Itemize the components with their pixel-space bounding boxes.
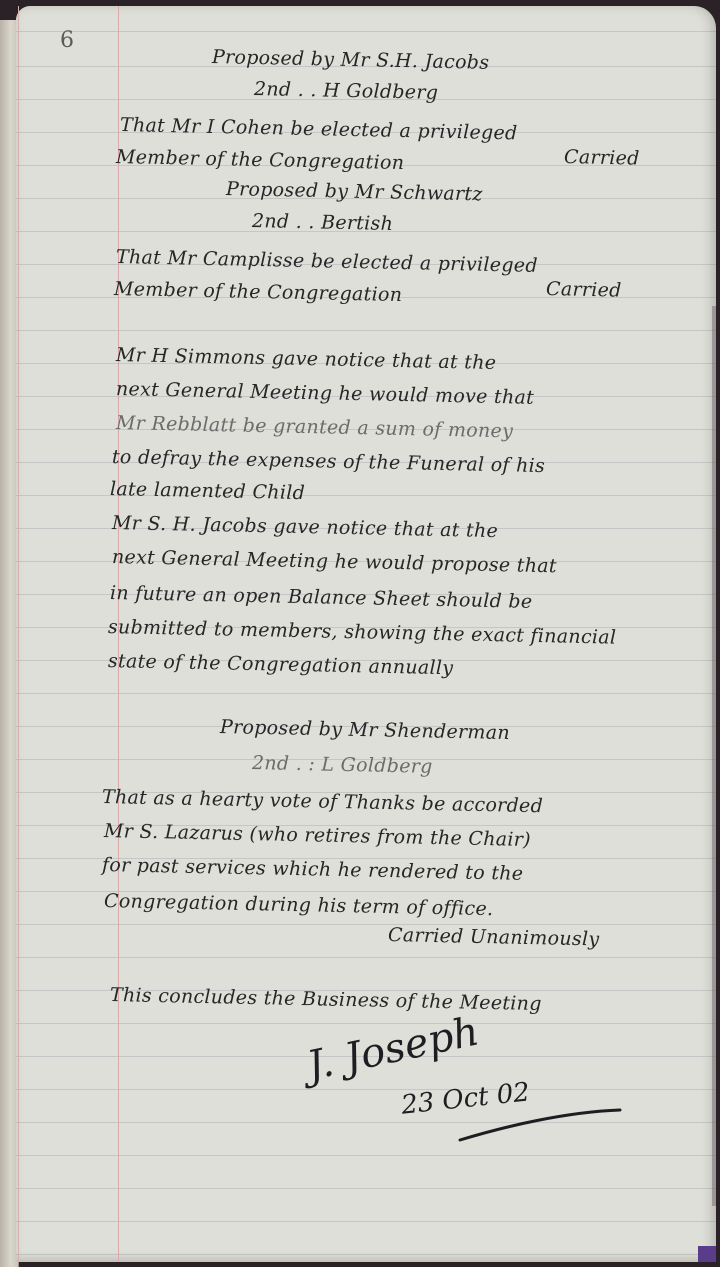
motion-2-seconded: 2nd . . Bertish	[252, 210, 394, 235]
motion-2-body-line-2: Member of the Congregation	[114, 278, 403, 306]
motion-2-result: Carried	[546, 278, 622, 302]
notice-2-line-2: next General Meeting he would propose th…	[112, 546, 557, 577]
final-motion-proposed: Proposed by Mr Shenderman	[220, 716, 510, 744]
outer-margin-rule	[18, 6, 19, 1262]
motion-2-body-line-1: That Mr Camplisse be elected a privilege…	[116, 246, 538, 277]
motion-1-body-line-1: That Mr I Cohen be elected a privileged	[120, 114, 518, 144]
notice-2-line-3: in future an open Balance Sheet should b…	[110, 582, 533, 613]
final-motion-body-line-2: Mr S. Lazarus (who retires from the Chai…	[104, 820, 531, 851]
final-motion-seconded: 2nd . : L Goldberg	[252, 752, 433, 778]
notice-1-line-1: Mr H Simmons gave notice that at the	[116, 344, 497, 374]
notice-1-line-4: to defray the expenses of the Funeral of…	[112, 446, 546, 477]
page-binding-edge	[712, 306, 716, 1206]
corner-tab	[698, 1246, 716, 1262]
signature-flourish-icon	[456, 1106, 626, 1146]
chairman-signature: J. Joseph	[303, 1008, 483, 1089]
motion-2-proposed: Proposed by Mr Schwartz	[226, 178, 483, 205]
motion-1-body-line-2: Member of the Congregation	[116, 146, 405, 174]
final-motion-result: Carried Unanimously	[388, 924, 600, 950]
notice-1-line-3: Mr Rebblatt be granted a sum of money	[116, 412, 514, 442]
notice-1-line-5: late lamented Child	[110, 478, 306, 504]
motion-1-proposed: Proposed by Mr S.H. Jacobs	[212, 46, 490, 74]
motion-1-seconded: 2nd . . H Goldberg	[254, 78, 439, 104]
ledger-page: 6 Proposed by Mr S.H. Jacobs 2nd . . H G…	[16, 6, 716, 1262]
motion-1-result: Carried	[564, 146, 640, 170]
notice-2-line-5: state of the Congregation annually	[108, 650, 454, 679]
final-motion-body-line-4: Congregation during his term of office.	[104, 890, 494, 920]
final-motion-body-line-1: That as a hearty vote of Thanks be accor…	[102, 786, 543, 817]
closing-statement: This concludes the Business of the Meeti…	[110, 984, 542, 1015]
notice-2-line-1: Mr S. H. Jacobs gave notice that at the	[112, 512, 499, 542]
final-motion-body-line-3: for past services which he rendered to t…	[102, 854, 524, 885]
notice-2-line-4: submitted to members, showing the exact …	[108, 616, 617, 649]
notice-1-line-2: next General Meeting he would move that	[116, 378, 535, 409]
page-number: 6	[60, 28, 74, 53]
